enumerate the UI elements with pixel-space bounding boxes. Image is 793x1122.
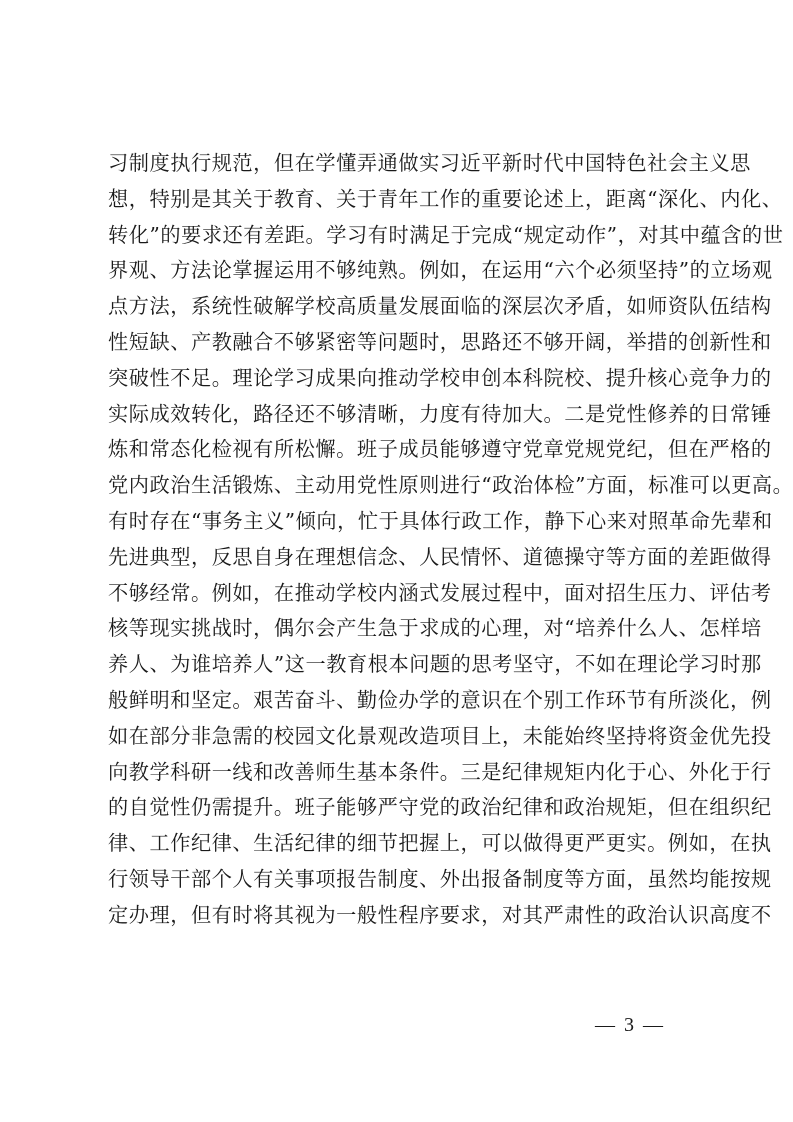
text-line: 律、工作纪律、生活纪律的细节把握上，可以做得更严更实。例如，在执 [108,826,696,862]
text-line: 想，特别是其关于教育、关于青年工作的重要论述上，距离“深化、内化、 [108,182,696,218]
text-line: 炼和常态化检视有所松懈。班子成员能够遵守党章党规党纪，但在严格的 [108,432,696,468]
text-line: 养人、为谁培养人”这一教育根本问题的思考坚守，不如在理论学习时那 [108,647,696,683]
text-line: 有时存在“事务主义”倾向，忙于具体行政工作，静下心来对照革命先辈和 [108,504,696,540]
text-line: 先进典型，反思自身在理想信念、人民情怀、道德操守等方面的差距做得 [108,540,696,576]
text-line: 界观、方法论掌握运用不够纯熟。例如，在运用“六个必须坚持”的立场观 [108,253,696,289]
text-line: 性短缺、产教融合不够紧密等问题时，思路还不够开阔，举措的创新性和 [108,325,696,361]
text-line: 突破性不足。理论学习成果向推动学校申创本科院校、提升核心竞争力的 [108,361,696,397]
text-line: 习制度执行规范，但在学懂弄通做实习近平新时代中国特色社会主义思 [108,146,696,182]
text-line: 的自觉性仍需提升。班子能够严守党的政治纪律和政治规矩，但在组织纪 [108,790,696,826]
text-line: 党内政治生活锻炼、主动用党性原则进行“政治体检”方面，标准可以更高。 [108,468,696,504]
body-paragraph: 习制度执行规范，但在学懂弄通做实习近平新时代中国特色社会主义思 想，特别是其关于… [108,146,696,934]
text-line: 实际成效转化，路径还不够清晰，力度有待加大。二是党性修养的日常锤 [108,397,696,433]
document-page: 习制度执行规范，但在学懂弄通做实习近平新时代中国特色社会主义思 想，特别是其关于… [0,0,793,1122]
text-line: 向教学科研一线和改善师生基本条件。三是纪律规矩内化于心、外化于行 [108,755,696,791]
page-number: — 3 — [590,1014,670,1037]
text-line: 定办理，但有时将其视为一般性程序要求，对其严肃性的政治认识高度不 [108,898,696,934]
text-line: 核等现实挑战时，偶尔会产生急于求成的心理，对“培养什么人、怎样培 [108,611,696,647]
text-line: 转化”的要求还有差距。学习有时满足于完成“规定动作”，对其中蕴含的世 [108,218,696,254]
text-line: 不够经常。例如，在推动学校内涵式发展过程中，面对招生压力、评估考 [108,576,696,612]
text-line: 点方法，系统性破解学校高质量发展面临的深层次矛盾，如师资队伍结构 [108,289,696,325]
text-line: 如在部分非急需的校园文化景观改造项目上，未能始终坚持将资金优先投 [108,719,696,755]
text-line: 行领导干部个人有关事项报告制度、外出报备制度等方面，虽然均能按规 [108,862,696,898]
text-line: 般鲜明和坚定。艰苦奋斗、勤俭办学的意识在个别工作环节有所淡化，例 [108,683,696,719]
